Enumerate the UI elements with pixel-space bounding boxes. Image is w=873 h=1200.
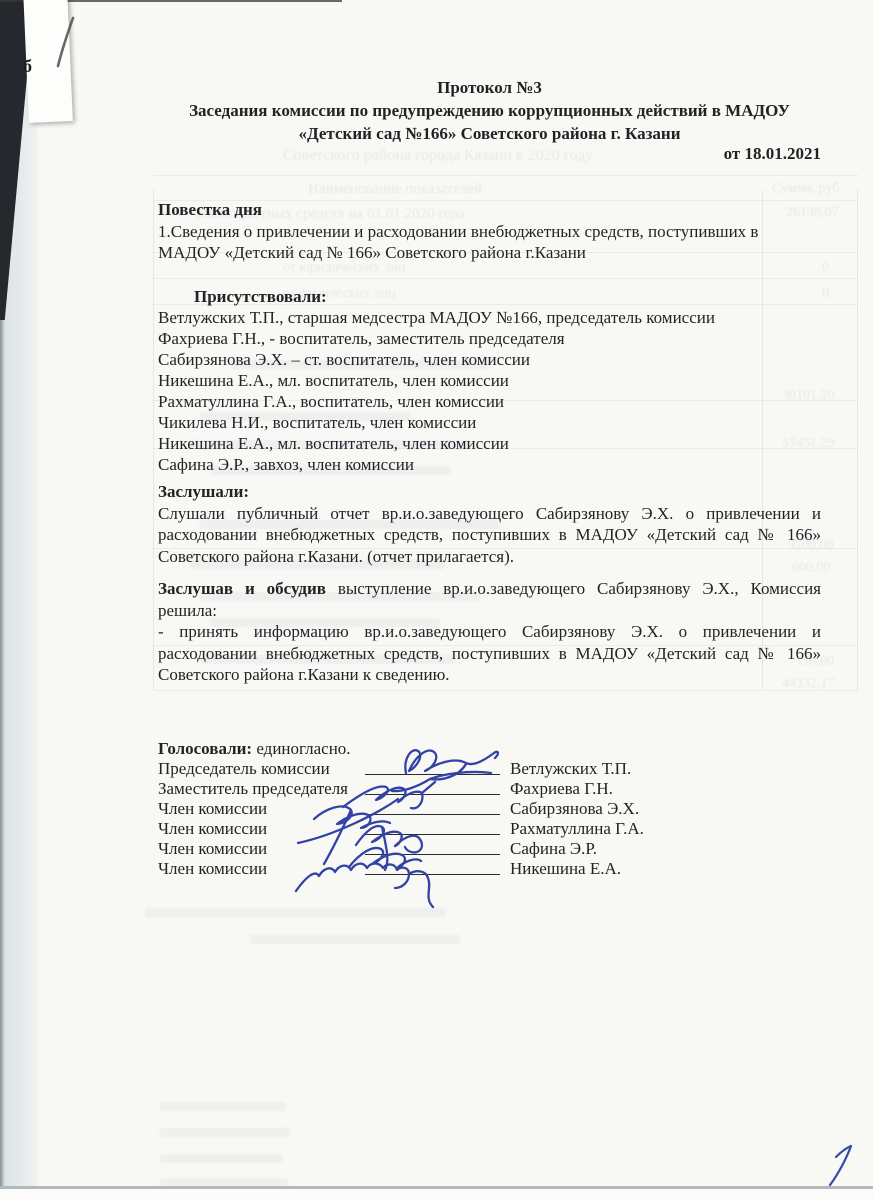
attendee-line: Сабирзянова Э.Х. – ст. воспитатель, член…: [158, 349, 821, 370]
scan-bottom-margin: [0, 1189, 873, 1200]
decision-line2: решила:: [158, 600, 821, 622]
ghost-text-bar: [160, 1154, 282, 1163]
scanned-document-page: Советского района города Казани в 2020 г…: [0, 0, 873, 1200]
signature-row: Член комиссии Никешина Е.А.: [158, 859, 821, 879]
signature-role: Член комиссии: [158, 819, 365, 839]
voting-result: единогласно.: [252, 739, 350, 758]
ghost-text-fragment: 0: [822, 286, 829, 302]
protocol-title: Протокол №3: [158, 76, 821, 99]
ghost-text-bar: [160, 1128, 290, 1137]
ghost-table-right-border: [857, 190, 858, 690]
ghost-text-bar: [160, 1102, 285, 1111]
signature-role: Заместитель председателя: [158, 779, 365, 799]
ghost-text-bar: [145, 908, 445, 917]
signature-row: Член комиссии Рахматуллина Г.А.: [158, 819, 821, 839]
attendee-line: Сафина Э.Р., завхоз, член комиссии: [158, 454, 821, 475]
agenda-heading: Повестка дня: [158, 199, 821, 221]
voting-line: Голосовали: единогласно.: [158, 738, 821, 760]
ghost-table-left-border: [153, 190, 154, 690]
signature-role: Член комиссии: [158, 839, 365, 859]
attendees-list: Ветлужских Т.П., старшая медсестра МАДОУ…: [158, 307, 821, 475]
decision-line4: расходовании внебюджетных средств, посту…: [158, 643, 821, 665]
signature-row: Член комиссии Сафина Э.Р.: [158, 839, 821, 859]
decision-line3: - принять информацию вр.и.о.заведующего …: [158, 621, 821, 643]
agenda-item-line2: МАДОУ «Детский сад № 166» Советского рай…: [158, 242, 821, 264]
protocol-subtitle-line1: Заседания комиссии по предупреждению кор…: [158, 99, 821, 122]
ghost-text-bar: [250, 935, 460, 944]
attendee-line: Ветлужских Т.П., старшая медсестра МАДОУ…: [158, 307, 821, 328]
pencil-slash-mark: [48, 14, 82, 72]
signature-name: Ветлужских Т.П.: [510, 759, 631, 779]
heard-line2: расходовании внебюджетных средств, посту…: [158, 524, 821, 546]
signature-row: Заместитель председателя Фахриева Г.Н.: [158, 779, 821, 799]
decision-lead-bold: Заслушав и обсудив: [158, 579, 326, 598]
signature-role: Член комиссии: [158, 859, 365, 879]
attendee-line: Рахматуллина Г.А., воспитатель, член ком…: [158, 391, 821, 412]
heard-line1: Слушали публичный отчет вр.и.о.заведующе…: [158, 503, 821, 525]
signature-name: Сафина Э.Р.: [510, 839, 597, 859]
signature-line: [365, 759, 500, 775]
signature-line: [365, 799, 500, 815]
heard-heading: Заслушали:: [158, 481, 821, 503]
signature-name: Никешина Е.А.: [510, 859, 621, 879]
margin-note-char: б: [23, 56, 32, 77]
signature-role: Член комиссии: [158, 799, 365, 819]
attendee-line: Никешина Е.А., мл. воспитатель, член ком…: [158, 433, 821, 454]
ghost-text-fragment: 0: [822, 260, 829, 276]
signature-line: [365, 839, 500, 855]
signature-row: Член комиссии Сабирзянова Э.Х.: [158, 799, 821, 819]
attendee-line: Никешина Е.А., мл. воспитатель, член ком…: [158, 370, 821, 391]
heard-line3: Советского района г.Казани. (отчет прила…: [158, 546, 821, 568]
signature-line: [365, 859, 500, 875]
handwritten-page-number: [815, 1140, 865, 1190]
decision-lead-rest: выступление вр.и.о.заведующего Сабирзяно…: [326, 579, 821, 598]
signature-name: Фахриева Г.Н.: [510, 779, 613, 799]
signature-name: Сабирзянова Э.Х.: [510, 799, 639, 819]
voting-label: Голосовали:: [158, 739, 252, 758]
attendee-line: Чикилева Н.И., воспитатель, член комисси…: [158, 412, 821, 433]
decision-line5: Советского района г.Казани к сведению.: [158, 664, 821, 686]
attendees-heading: Присутствовали:: [158, 286, 821, 308]
document-body: Протокол №3 Заседания комиссии по предуп…: [158, 76, 821, 879]
signature-line: [365, 779, 500, 795]
protocol-date: от 18.01.2021: [158, 142, 821, 165]
signature-role: Председатель комиссии: [158, 759, 365, 779]
signature-row: Председатель комиссии Ветлужских Т.П.: [158, 759, 821, 779]
attendee-line: Фахриева Г.Н., - воспитатель, заместител…: [158, 328, 821, 349]
decision-lead-line: Заслушав и обсудив выступление вр.и.о.за…: [158, 578, 821, 600]
signature-line: [365, 819, 500, 835]
signature-name: Рахматуллина Г.А.: [510, 819, 644, 839]
agenda-item-line1: 1.Сведения о привлечении и расходовании …: [158, 221, 821, 243]
